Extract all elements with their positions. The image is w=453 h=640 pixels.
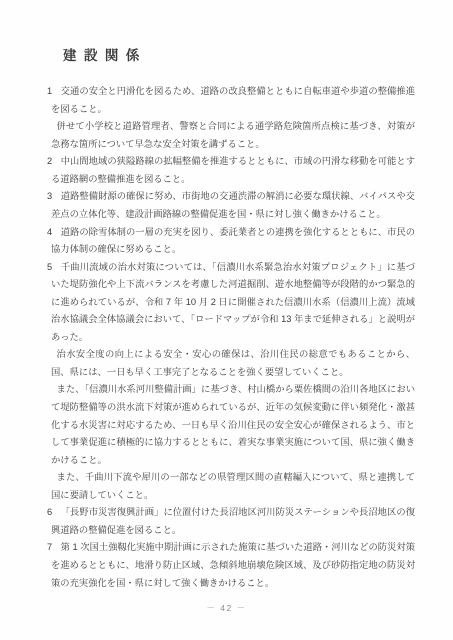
item-number: 5 [47,262,52,272]
item-number: 2 [47,156,52,166]
item-text: 「長野市災害復興計画」に位置付けた長沼地区河川防災ステーションや長沼地区の復興道… [51,507,415,535]
item-number: 3 [47,191,52,201]
list-item: 4道路の除雪体制の一層の充実を図り、委託業者との連携を強化するとともに、市民の協… [47,224,415,259]
list-item: 3道路整備財源の確保に努め、市街地の交通渋滞の解消に必要な環状線、バイパスや交差… [47,188,415,223]
page-title: 建設関係 [63,0,453,64]
item-number: 1 [47,86,52,96]
item-paragraph: 5千曲川流域の治水対策については、「信濃川水系緊急治水対策プロジェクト」に基づい… [47,259,415,347]
item-number: 4 [47,227,52,237]
item-paragraph: 7第 1 次国土強靱化実施中期計画に示された施策に基づいた道路・河川などの防災対… [47,539,415,592]
item-number: 7 [47,542,52,552]
item-paragraph: 3道路整備財源の確保に努め、市街地の交通渋滞の解消に必要な環状線、バイパスや交差… [47,188,415,223]
item-paragraph: また、「信濃川水系河川整備計画」に基づき、村山橋から粟佐橋間の沿川各地区において… [47,381,415,469]
item-number: 6 [47,507,52,517]
item-text: 道路の除雪体制の一層の充実を図り、委託業者との連携を強化するとともに、市民の協力… [51,227,415,255]
item-text: 道路整備財源の確保に努め、市街地の交通渋滞の解消に必要な環状線、バイパスや交差点… [51,191,415,219]
numbered-item-list: 1交通の安全と円滑化を図るため、道路の改良整備とともに自転車道や歩道の整備推進を… [47,83,415,592]
list-item: 6「長野市災害復興計画」に位置付けた長沼地区河川防災ステーションや長沼地区の復興… [47,504,415,539]
item-text: 中山間地域の狭隘路線の拡幅整備を推進するとともに、市域の円滑な移動を可能とする道… [51,156,415,184]
item-paragraph: また、千曲川下流や犀川の一部などの県管理区間の直轄編入について、県と連携して国に… [47,469,415,504]
item-paragraph: 併せて小学校と道路管理者、警察と合同による通学路危険箇所点検に基づき、対策が急務… [47,118,415,153]
document-page: 建設関係 1交通の安全と円滑化を図るため、道路の改良整備とともに自転車道や歩道の… [0,0,453,640]
item-paragraph: 2中山間地域の狭隘路線の拡幅整備を推進するとともに、市域の円滑な移動を可能とする… [47,153,415,188]
list-item: 5千曲川流域の治水対策については、「信濃川水系緊急治水対策プロジェクト」に基づい… [47,259,415,505]
item-text: 第 1 次国土強靱化実施中期計画に示された施策に基づいた道路・河川などの防災対策… [51,542,415,587]
list-item: 1交通の安全と円滑化を図るため、道路の改良整備とともに自転車道や歩道の整備推進を… [47,83,415,153]
item-text: 千曲川流域の治水対策については、「信濃川水系緊急治水対策プロジェクト」に基づいた… [51,262,415,342]
item-paragraph: 1交通の安全と円滑化を図るため、道路の改良整備とともに自転車道や歩道の整備推進を… [47,83,415,118]
item-paragraph: 6「長野市災害復興計画」に位置付けた長沼地区河川防災ステーションや長沼地区の復興… [47,504,415,539]
item-text: 交通の安全と円滑化を図るため、道路の改良整備とともに自転車道や歩道の整備推進を図… [51,86,415,114]
list-item: 7第 1 次国土強靱化実施中期計画に示された施策に基づいた道路・河川などの防災対… [47,539,415,592]
item-paragraph: 治水安全度の向上による安全・安心の確保は、沿川住民の総意でもあることから、国、県… [47,346,415,381]
page-number: － 42 － [0,602,453,614]
list-item: 2中山間地域の狭隘路線の拡幅整備を推進するとともに、市域の円滑な移動を可能とする… [47,153,415,188]
item-paragraph: 4道路の除雪体制の一層の充実を図り、委託業者との連携を強化するとともに、市民の協… [47,224,415,259]
